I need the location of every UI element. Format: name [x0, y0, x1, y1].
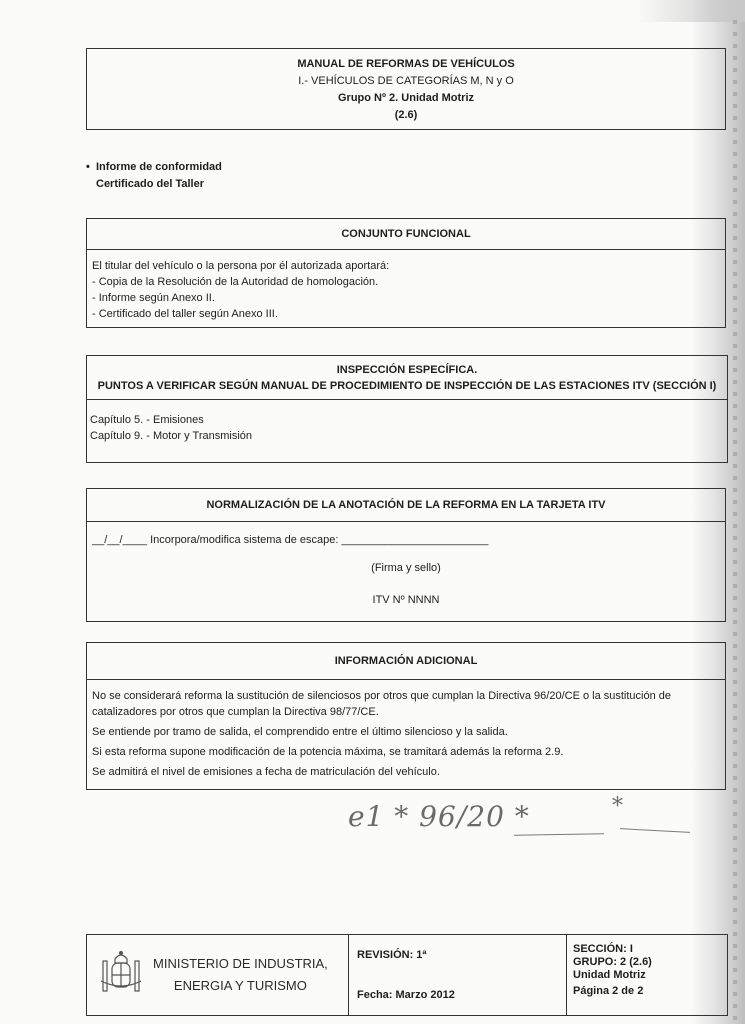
list-item: Capítulo 9. - Motor y Transmisión [90, 428, 722, 444]
document-item: Informe de conformidad [96, 161, 222, 173]
handwritten-underline [514, 833, 604, 836]
annotation-line: __/__/____ Incorpora/modifica sistema de… [87, 522, 725, 546]
document-item: Certificado del Taller [86, 176, 222, 193]
handwritten-annotation: e1 * 96/20 * [348, 800, 530, 833]
group-title: Grupo Nº 2. Unidad Motriz [87, 90, 725, 107]
section-conjunto-funcional: CONJUNTO FUNCIONAL El titular del vehícu… [86, 218, 726, 328]
bullet-icon: • [86, 159, 96, 176]
date-label: Fecha: Marzo 2012 [357, 989, 455, 1001]
manual-title: MANUAL DE REFORMAS DE VEHÍCULOS [87, 56, 725, 73]
required-documents: •Informe de conformidad Certificado del … [86, 159, 222, 193]
ministry-name-line1: MINISTERIO DE INDUSTRIA, [153, 953, 328, 975]
group-label: GRUPO: 2 (2.6) [573, 956, 727, 969]
reform-code: (2.6) [87, 107, 725, 124]
section-title: CONJUNTO FUNCIONAL [87, 219, 725, 250]
info-paragraph: Se admitirá el nivel de emisiones a fech… [92, 764, 720, 780]
signature-label: (Firma y sello) [87, 562, 725, 574]
section-inspeccion: INSPECCIÓN ESPECÍFICA. PUNTOS A VERIFICA… [86, 355, 728, 463]
revision-label: REVISIÓN: 1ª [357, 949, 566, 961]
section-normalizacion: NORMALIZACIÓN DE LA ANOTACIÓN DE LA REFO… [86, 488, 726, 622]
section-label: SECCIÓN: I [573, 943, 727, 956]
binding-perforation [733, 20, 737, 1020]
info-paragraph: No se considerará reforma la sustitución… [92, 688, 720, 720]
section-informacion-adicional: INFORMACIÓN ADICIONAL No se considerará … [86, 642, 726, 790]
unit-label: Unidad Motriz [573, 969, 727, 982]
list-item: Capítulo 5. - Emisiones [90, 412, 722, 428]
document-footer: MINISTERIO DE INDUSTRIA, ENERGIA Y TURIS… [86, 934, 728, 1016]
section-subtitle: PUNTOS A VERIFICAR SEGÚN MANUAL DE PROCE… [87, 378, 727, 394]
page-number: Página 2 de 2 [573, 985, 727, 998]
manual-subtitle: I.- VEHÍCULOS DE CATEGORÍAS M, N y O [87, 73, 725, 90]
section-title: INFORMACIÓN ADICIONAL [87, 643, 725, 680]
info-paragraph: Si esta reforma supone modificación de l… [92, 744, 720, 760]
coat-of-arms-icon [99, 945, 143, 1005]
section-intro: El titular del vehículo o la persona por… [92, 258, 720, 274]
page-corner-shadow [635, 0, 745, 22]
info-paragraph: Se entiende por tramo de salida, el comp… [92, 724, 720, 740]
handwritten-underline [620, 828, 690, 833]
section-title: NORMALIZACIÓN DE LA ANOTACIÓN DE LA REFO… [87, 489, 725, 522]
list-item: - Certificado del taller según Anexo III… [92, 306, 720, 322]
document-header: MANUAL DE REFORMAS DE VEHÍCULOS I.- VEHÍ… [86, 48, 726, 130]
handwritten-star: * [612, 794, 624, 819]
ministry-name-line2: ENERGIA Y TURISMO [153, 975, 328, 997]
section-title: INSPECCIÓN ESPECÍFICA. [87, 362, 727, 378]
list-item: - Copia de la Resolución de la Autoridad… [92, 274, 720, 290]
itv-number: ITV Nº NNNN [87, 594, 725, 606]
list-item: - Informe según Anexo II. [92, 290, 720, 306]
